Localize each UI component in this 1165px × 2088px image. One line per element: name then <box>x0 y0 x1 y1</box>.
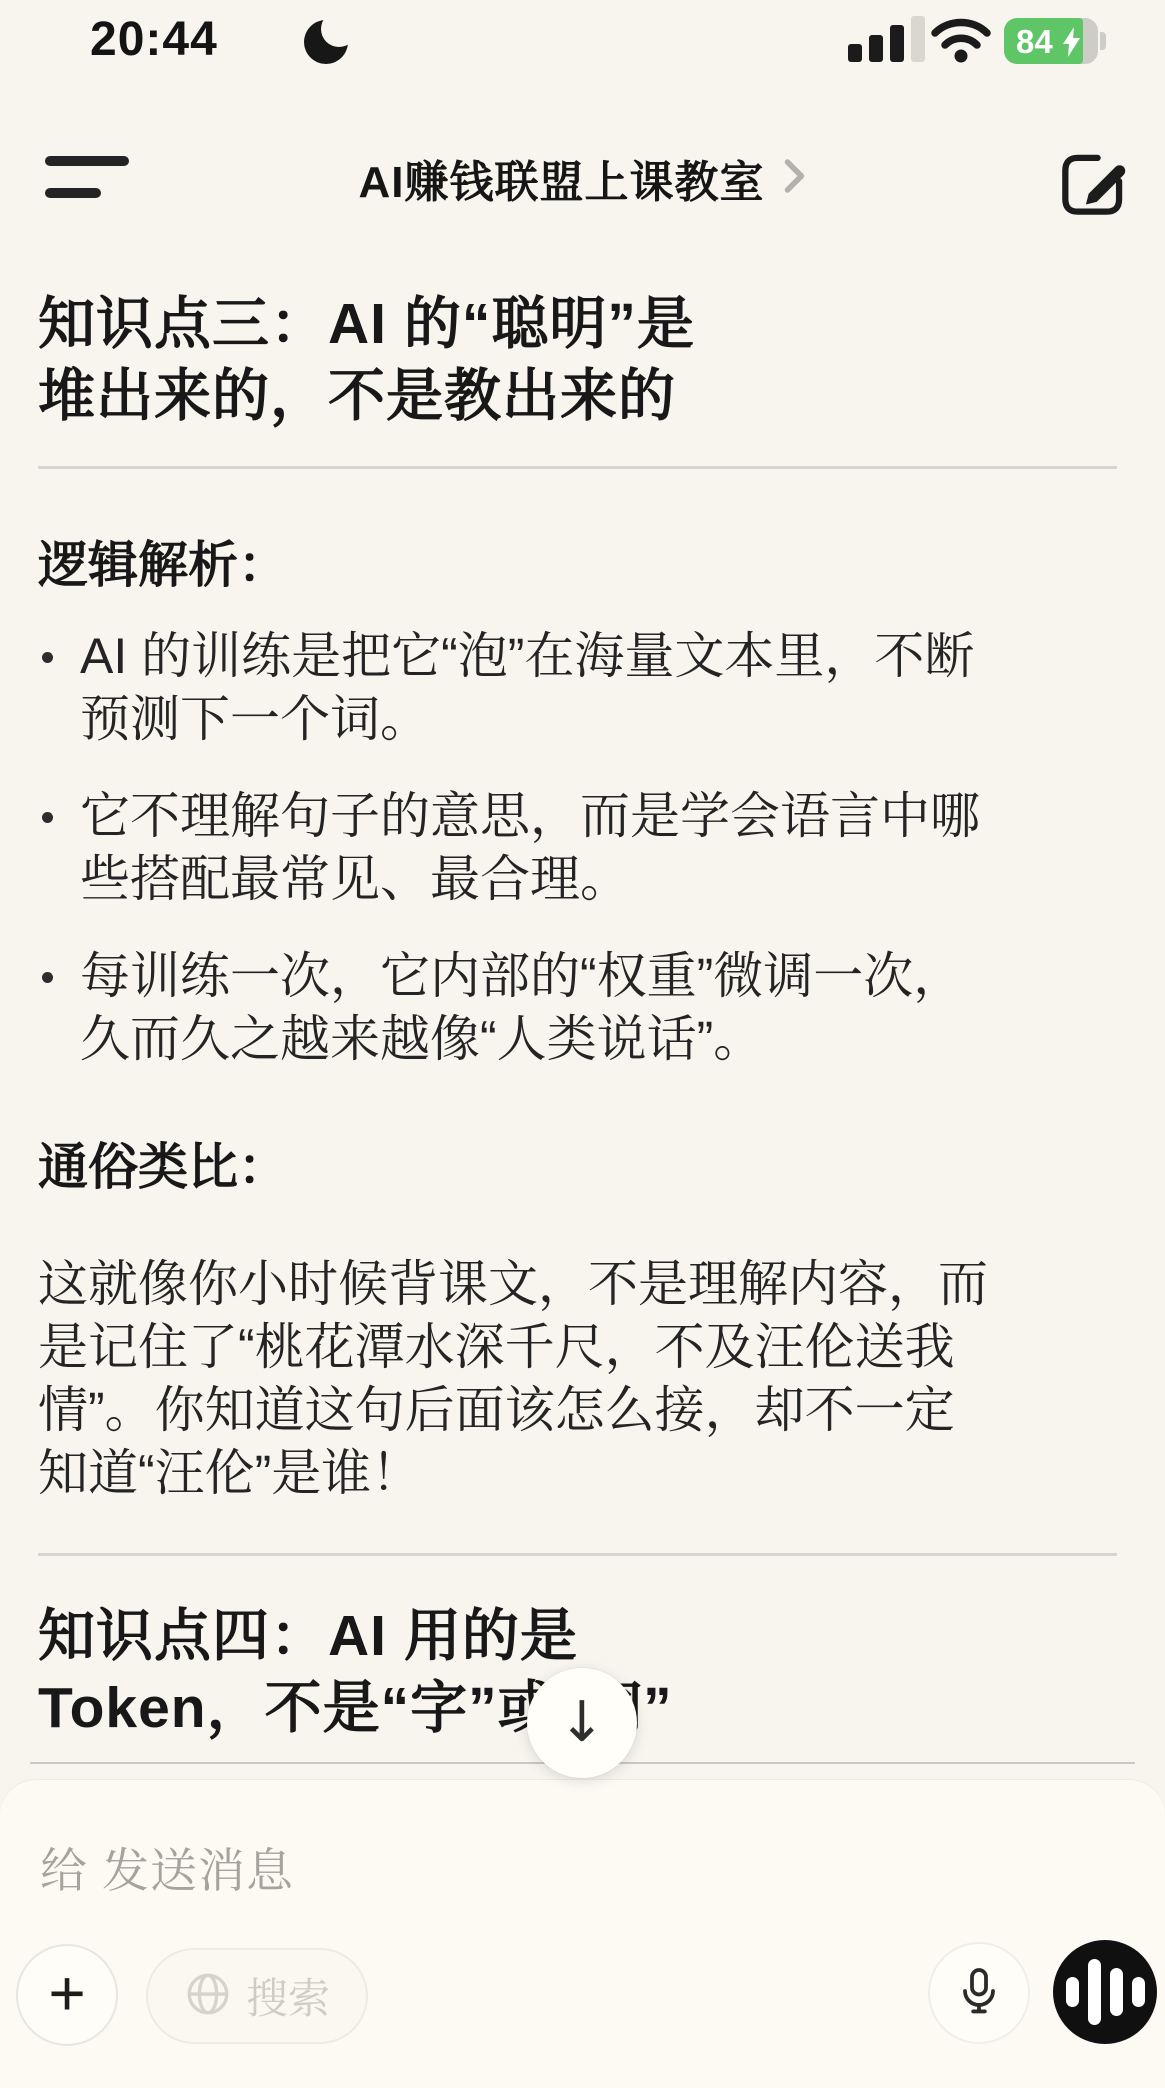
assistant-message: 知识点三：AI 的“聪明”是 堆出来的，不是教出来的 逻辑解析： AI 的训练是… <box>38 230 1117 1744</box>
plus-icon: + <box>48 1961 85 2025</box>
logic-analysis-label: 逻辑解析： <box>38 525 1117 597</box>
voice-waveform-icon <box>1066 1977 1079 2007</box>
logic-bullet-list: AI 的训练是把它“泡”在海量文本里，不断 预测下一个词。 它不理解句子的意思，… <box>38 625 1117 1071</box>
globe-icon <box>184 1970 232 2023</box>
wifi-icon <box>930 16 992 69</box>
moon-icon <box>304 20 348 64</box>
divider <box>38 1553 1117 1556</box>
arrow-down-icon: ↓ <box>559 1695 606 1751</box>
new-chat-button[interactable] <box>1051 140 1137 226</box>
message-input[interactable]: 给 发送消息 <box>40 1834 294 1901</box>
charging-bolt-icon <box>1062 27 1082 62</box>
dictation-button[interactable] <box>928 1942 1030 2044</box>
analogy-paragraph: 这就像你小时候背课文，不是理解内容，而 是记住了“桃花潭水深千尺，不及汪伦送我 … <box>38 1253 1117 1505</box>
list-item: 它不理解句子的意思，而是学会语言中哪 些搭配最常见、最合理。 <box>80 785 1117 911</box>
conversation-title: AI赚钱联盟上课教室 <box>359 146 765 210</box>
list-item: AI 的训练是把它“泡”在海量文本里，不断 预测下一个词。 <box>80 625 1117 751</box>
microphone-icon <box>951 1963 1007 2024</box>
battery-cap <box>1100 32 1106 50</box>
battery-percent: 84 <box>1016 23 1053 61</box>
search-label: 搜索 <box>246 1966 330 2026</box>
search-tool-button[interactable]: 搜索 <box>146 1948 368 2044</box>
cellular-signal-icon <box>848 16 925 62</box>
divider <box>38 466 1117 469</box>
conversation-title-button[interactable]: AI赚钱联盟上课教室 <box>0 140 1165 216</box>
heading-knowledge-point-3: 知识点三：AI 的“聪明”是 堆出来的，不是教出来的 <box>38 288 1117 432</box>
attach-button[interactable]: + <box>16 1944 118 2046</box>
scroll-to-bottom-button[interactable]: ↓ <box>527 1668 637 1778</box>
status-time: 20:44 <box>90 12 218 67</box>
battery-icon: 84 <box>1004 18 1098 64</box>
analogy-label: 通俗类比： <box>38 1127 1117 1199</box>
phone-screen: 20:44 84 AI赚钱联盟上课教室 <box>0 0 1165 2088</box>
voice-mode-button[interactable] <box>1053 1940 1157 2044</box>
chevron-right-icon <box>781 153 807 204</box>
list-item: 每训练一次，它内部的“权重”微调一次， 久而久之越来越像“人类说话”。 <box>80 945 1117 1071</box>
